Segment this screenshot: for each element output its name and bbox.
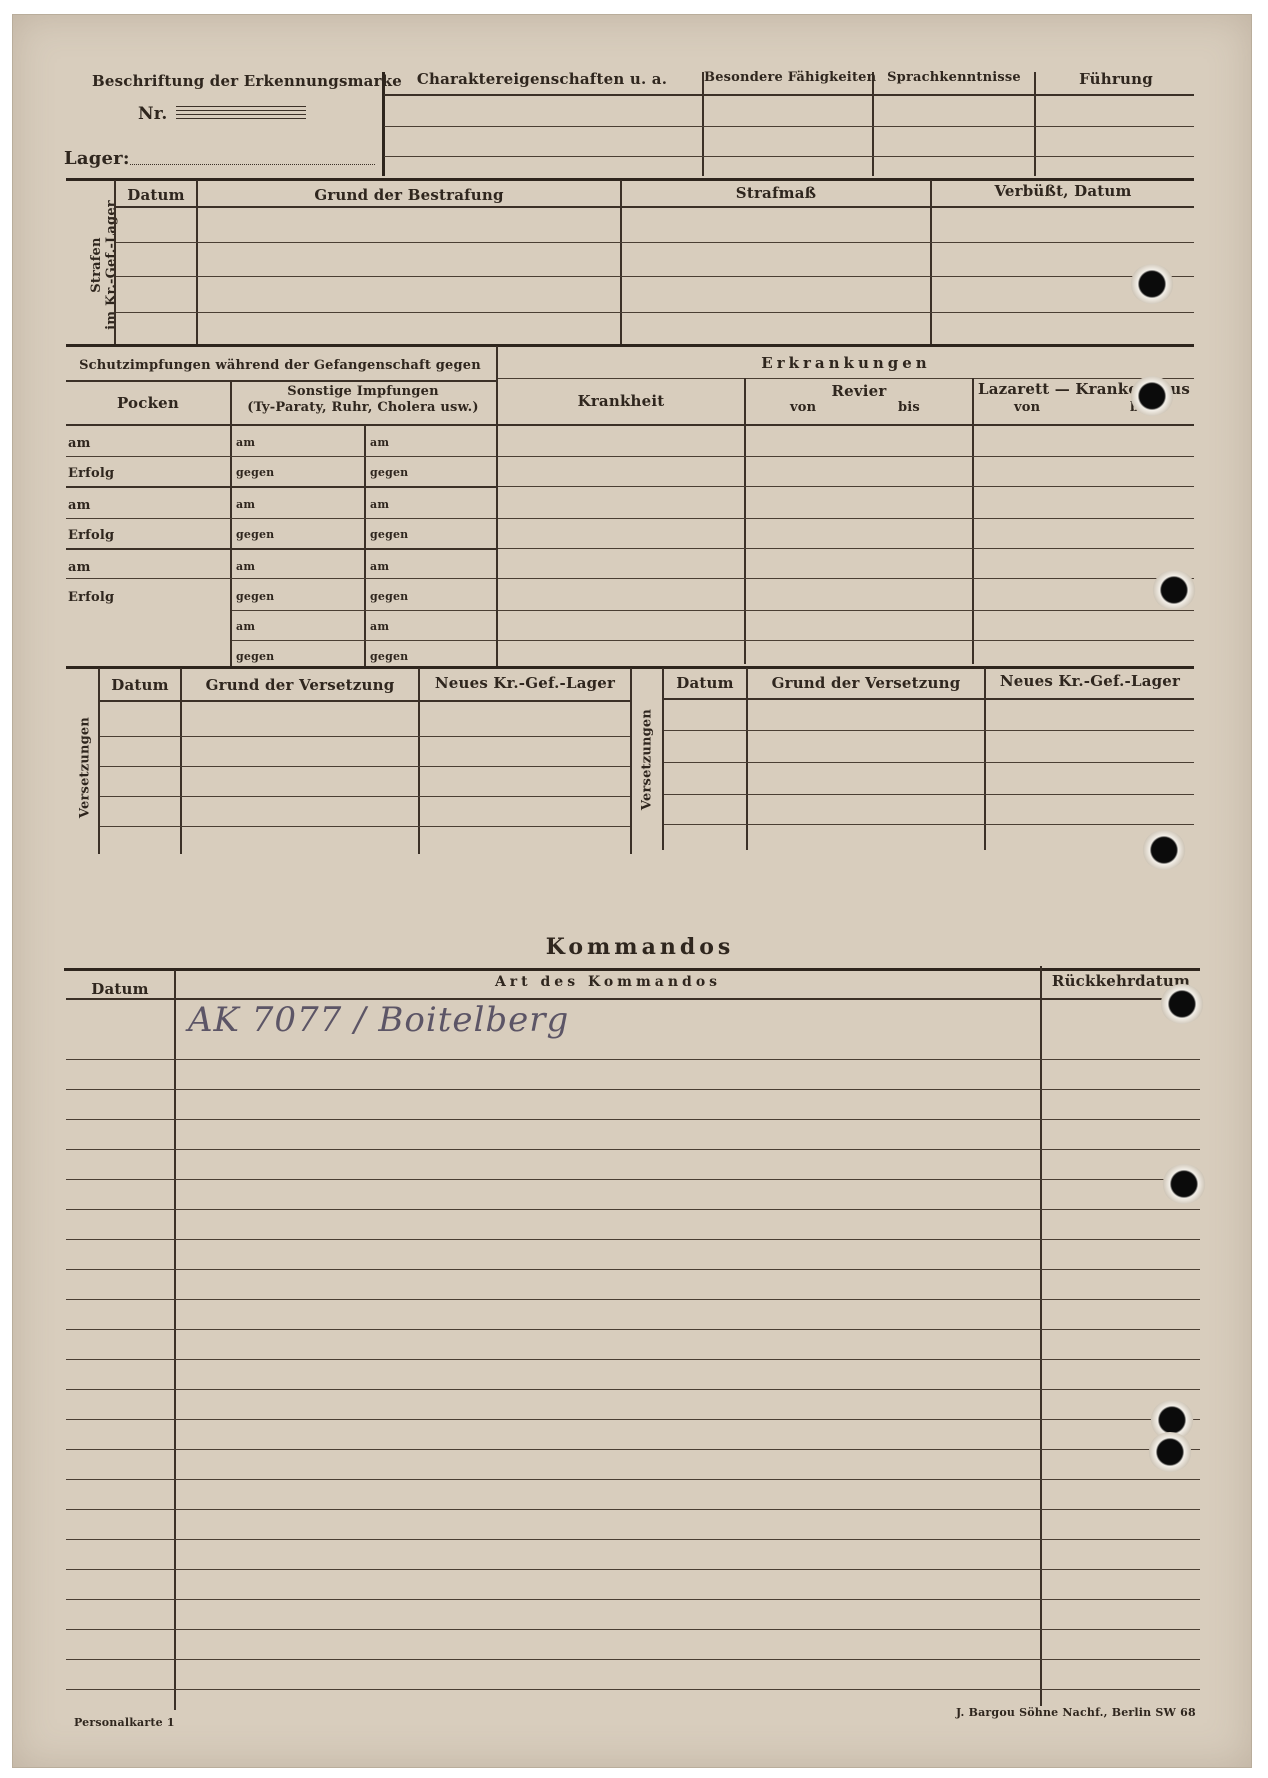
divider: [630, 668, 632, 854]
lager-field[interactable]: [130, 164, 375, 165]
header-col-conduct: Führung: [1036, 70, 1196, 88]
section-rule: [66, 344, 1194, 347]
illnesses-title: Erkrankungen: [498, 354, 1194, 372]
divider: [196, 180, 198, 346]
rule: [498, 486, 1194, 487]
divider: [620, 180, 622, 346]
other-row-label: gegen: [236, 590, 274, 603]
rule: [384, 156, 1194, 157]
transfer-col-date-2: Datum: [664, 674, 746, 692]
divider: [702, 72, 704, 176]
section-rule: [66, 178, 1194, 181]
punch-hole-icon: [1160, 984, 1204, 1024]
rule: [232, 640, 496, 641]
rule: [100, 700, 630, 702]
vacc-col-other-sub: (Ty-Paraty, Ruhr, Cholera usw.): [232, 400, 494, 415]
other-row-label: gegen: [236, 528, 274, 541]
kommandos-title: Kommandos: [380, 934, 900, 960]
divider: [930, 180, 932, 346]
rule: [498, 548, 1194, 549]
vacc-col-other: Sonstige Impfungen: [232, 384, 494, 399]
rule: [498, 518, 1194, 519]
rule: [100, 766, 630, 767]
transfers-side-label-left: Versetzungen: [78, 713, 93, 823]
other-row-label: am: [236, 498, 255, 511]
other-row-label-2: am: [370, 560, 389, 573]
rule: [384, 126, 1194, 127]
pocken-row-label: Erfolg: [68, 466, 114, 481]
punish-col-reason: Grund der Bestrafung: [198, 186, 620, 204]
rule: [116, 312, 1194, 313]
punch-hole-icon: [1142, 830, 1186, 870]
punch-hole-icon: [1162, 1164, 1206, 1204]
rule: [664, 824, 1194, 825]
vacc-col-pocken: Pocken: [66, 394, 230, 412]
rule: [664, 794, 1194, 795]
header-col-character: Charaktereigenschaften u. a.: [382, 70, 702, 88]
rule: [100, 736, 630, 737]
rule: [384, 94, 1194, 96]
lager-label: Lager:: [64, 148, 130, 169]
pocken-row-label: am: [68, 436, 91, 451]
pocken-row-label: Erfolg: [68, 528, 114, 543]
rule: [116, 206, 1194, 208]
divider: [746, 668, 748, 850]
other-row-label: gegen: [236, 466, 274, 479]
header-col-languages: Sprachkenntnisse: [874, 70, 1034, 85]
form-name: Personalkarte 1: [74, 1716, 175, 1729]
rule: [100, 796, 630, 797]
rule: [498, 610, 1194, 611]
other-row-label-2: am: [370, 498, 389, 511]
rule: [66, 578, 496, 579]
nr-field-lines[interactable]: [176, 106, 306, 122]
rule: [498, 578, 1194, 579]
kommando-col-type: Art des Kommandos: [176, 974, 1040, 990]
divider: [972, 378, 974, 664]
punch-hole-icon: [1130, 264, 1174, 304]
rule: [66, 486, 496, 488]
punch-hole-icon: [1152, 570, 1196, 610]
rule: [66, 518, 496, 519]
transfer-col-date: Datum: [100, 676, 180, 694]
punish-col-sentence: Strafmaß: [622, 184, 930, 202]
rule: [116, 242, 1194, 243]
other-row-label-2: am: [370, 620, 389, 633]
transfer-col-newcamp-2: Neues Kr.-Gef.-Lager: [986, 672, 1194, 690]
side-label-line1: Strafen: [89, 237, 104, 292]
rule: [664, 762, 1194, 763]
other-row-label-2: gegen: [370, 650, 408, 663]
transfer-col-reason-2: Grund der Versetzung: [748, 674, 984, 692]
transfer-col-newcamp: Neues Kr.-Gef.-Lager: [420, 674, 630, 692]
pocken-row-label: Erfolg: [68, 590, 114, 605]
punish-col-served: Verbüßt, Datum: [932, 182, 1194, 200]
punch-hole-icon: [1148, 1432, 1192, 1472]
pocken-row-label: am: [68, 560, 91, 575]
kommando-col-date: Datum: [66, 980, 174, 998]
rule: [100, 826, 630, 827]
other-row-label-2: am: [370, 436, 389, 449]
header-col-abilities: Besondere Fähigkeiten: [704, 70, 872, 85]
rule: [66, 380, 496, 382]
rule: [116, 276, 1194, 277]
printer-imprint: J. Bargou Söhne Nachf., Berlin SW 68: [956, 1706, 1196, 1719]
rule: [498, 640, 1194, 641]
transfers-side-label-right: Versetzungen: [640, 705, 655, 815]
punch-hole-icon: [1130, 376, 1174, 416]
rule: [664, 698, 1194, 700]
id-tag-label: Beschriftung der Erkennungsmarke: [92, 72, 402, 90]
other-row-label-2: gegen: [370, 466, 408, 479]
divider: [662, 668, 664, 850]
side-label-line2: im Kr.-Gef.-Lager: [104, 200, 119, 330]
rule: [66, 548, 496, 550]
divider: [364, 424, 366, 668]
rule: [498, 456, 1194, 457]
rule: [66, 424, 1194, 426]
divider: [744, 378, 746, 664]
punish-col-date: Datum: [116, 186, 196, 204]
pocken-row-label: am: [68, 498, 91, 513]
other-row-label: am: [236, 436, 255, 449]
other-row-label-2: gegen: [370, 590, 408, 603]
transfer-col-reason: Grund der Versetzung: [182, 676, 418, 694]
vaccinations-title: Schutzimpfungen während der Gefangenscha…: [66, 358, 494, 373]
divider: [114, 180, 116, 346]
infirmary-from: von: [790, 400, 816, 415]
rule: [232, 610, 496, 611]
nr-label: Nr.: [138, 104, 167, 124]
rule: [664, 730, 1194, 731]
rule: [498, 378, 1194, 379]
kommando-lines[interactable]: [66, 1030, 1200, 1700]
other-row-label: am: [236, 560, 255, 573]
other-row-label: am: [236, 620, 255, 633]
divider: [872, 72, 874, 176]
divider: [984, 668, 986, 850]
illness-col-infirmary: Revier: [746, 382, 972, 400]
infirmary-to: bis: [898, 400, 920, 415]
other-row-label: gegen: [236, 650, 274, 663]
rule: [66, 456, 496, 457]
hospital-from: von: [1014, 400, 1040, 415]
section-rule: [64, 968, 1200, 971]
other-row-label-2: gegen: [370, 528, 408, 541]
illness-col-disease: Krankheit: [498, 392, 744, 410]
